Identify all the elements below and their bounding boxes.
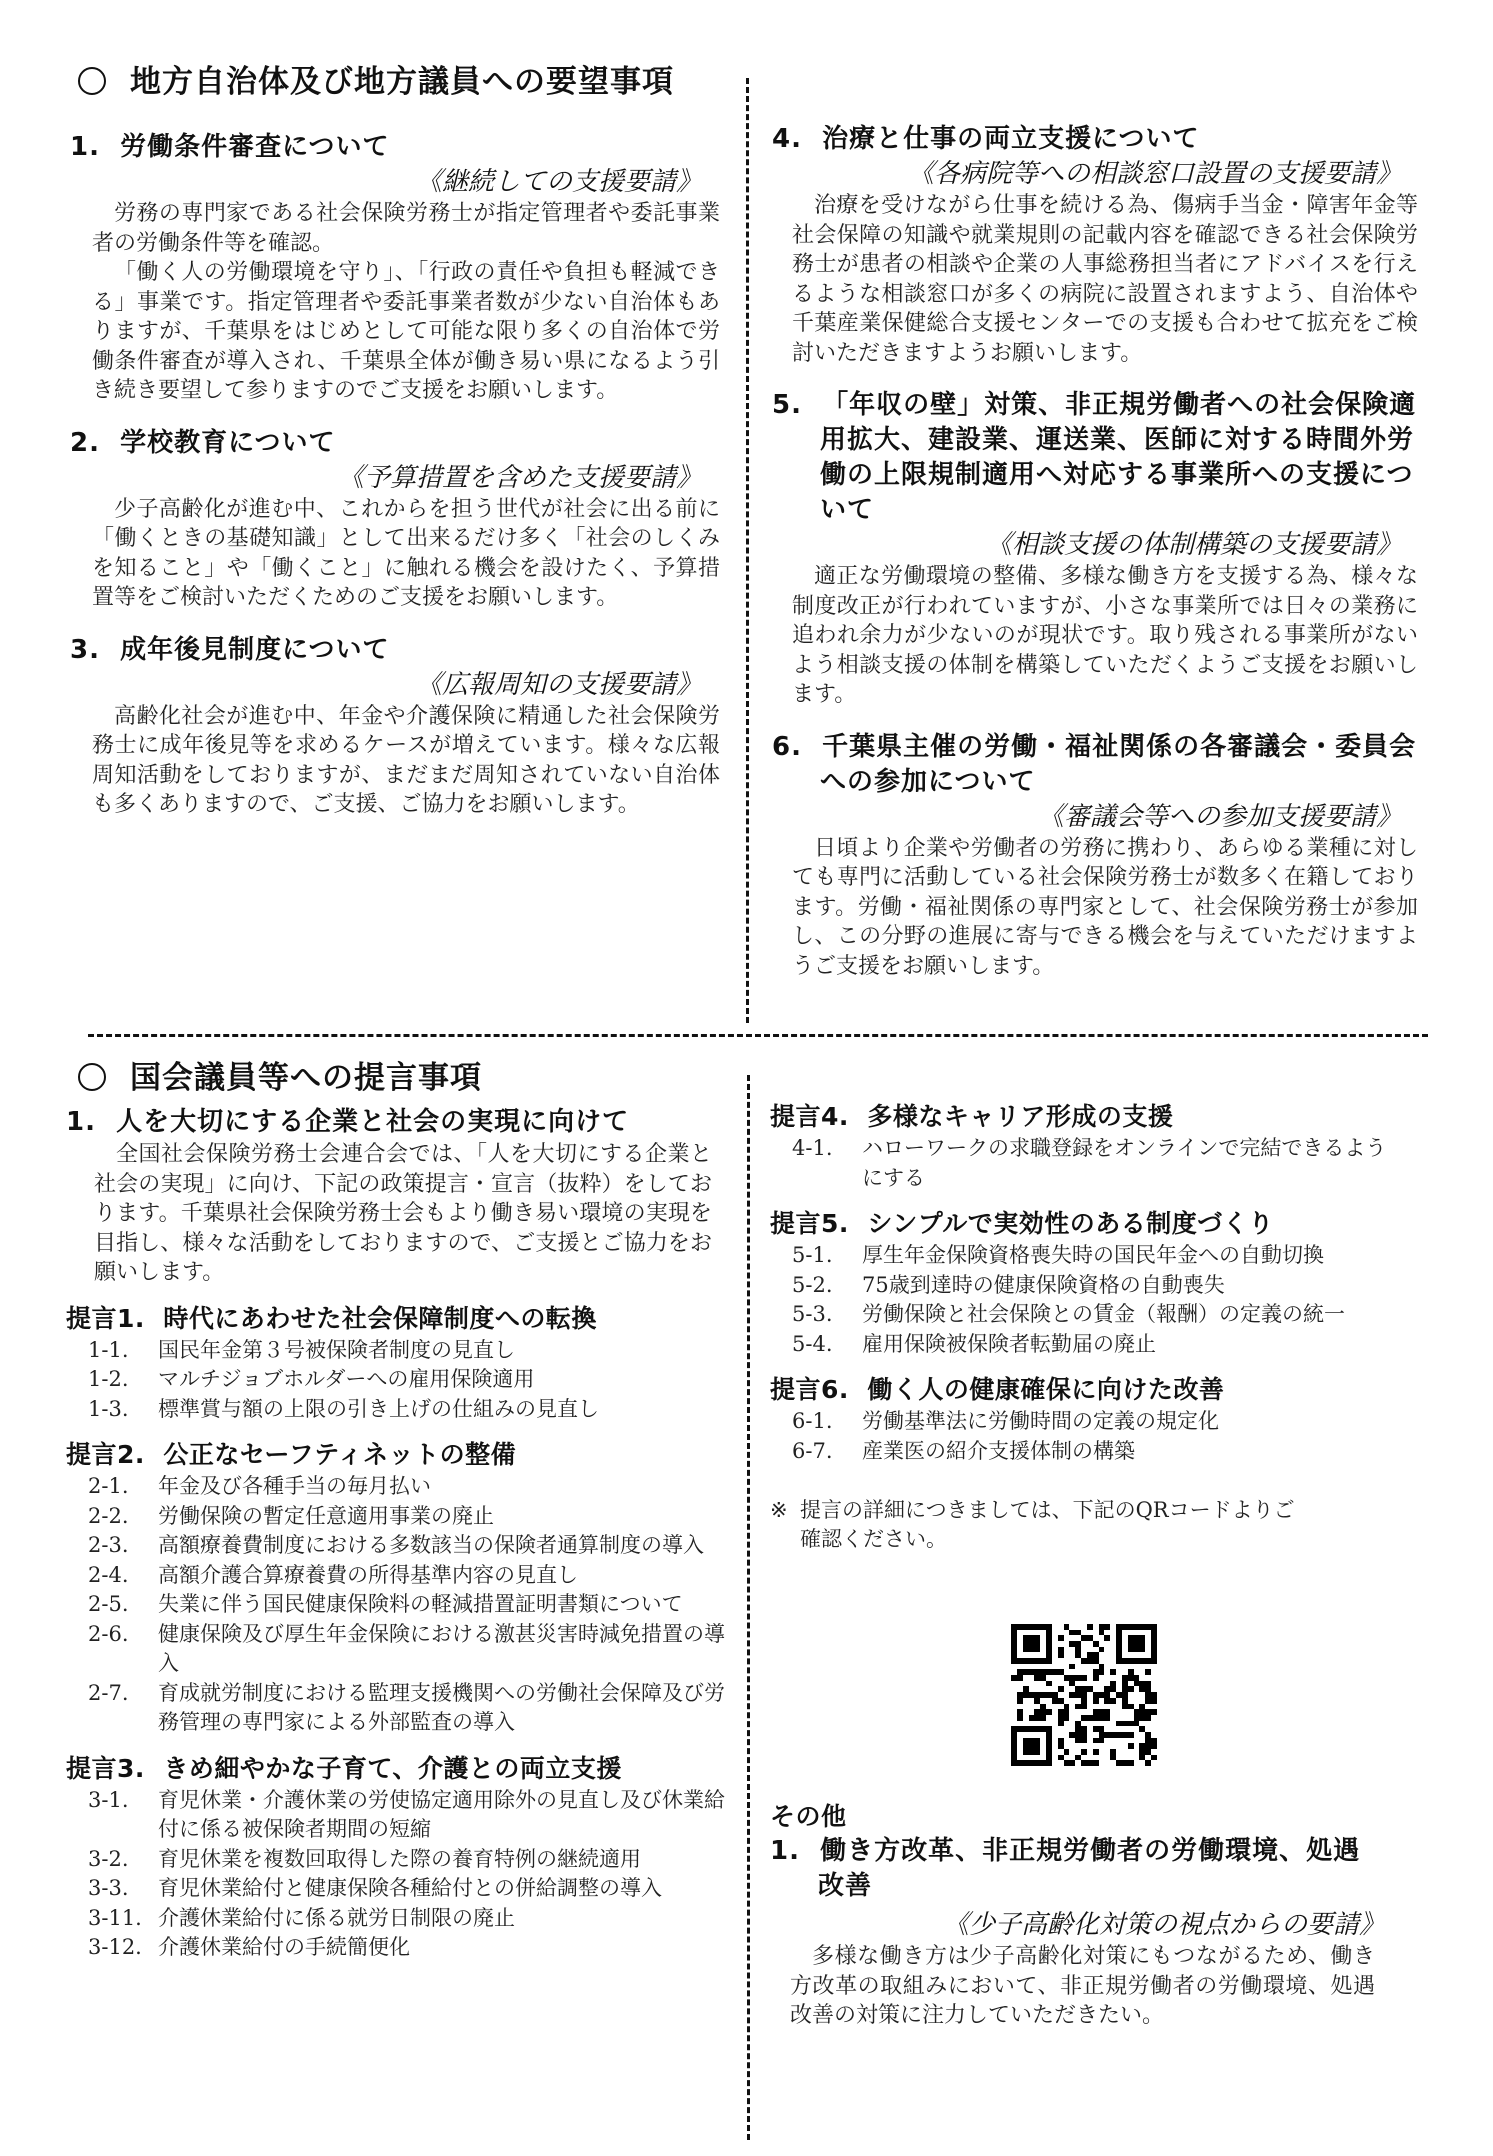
section-body: 高齢化社会が進む中、年金や介護保険に精通した社会保険労務士に成年後見等を求めるケ… — [92, 702, 720, 820]
section-subheading: 《審議会等への参加支援要請》 — [772, 800, 1432, 834]
proposal-label: 提言3. — [66, 1754, 145, 1783]
proposal-item: 2-6.健康保険及び厚生年金保険における激甚災害時減免措置の導入 — [88, 1620, 726, 1679]
section-heading: 人を大切にする企業と社会の実現に向けて — [116, 1107, 629, 1137]
intro-body: 全国社会保険労務士会連合会では、「人を大切にする企業と社会の実現」に向け、下記の… — [94, 1140, 712, 1288]
section-body: 適正な労働環境の整備、多様な働き方を支援する為、様々な制度改正が行われていますが… — [792, 562, 1418, 710]
proposal-heading: 働く人の健康確保に向けた改善 — [867, 1375, 1224, 1404]
request-section-6: 6. 千葉県主催の労働・福祉関係の各審議会・委員会への参加について 《審議会等へ… — [772, 730, 1432, 982]
proposal-item: 2-5.失業に伴う国民健康保険料の軽減措置証明書類について — [88, 1590, 726, 1620]
bottom-left-column: 1. 人を大切にする企業と社会の実現に向けて 全国社会保険労務士会連合会では、「… — [66, 1105, 726, 1963]
section-body: 日頃より企業や労働者の労務に携わり、あらゆる業種に対しても専門に活動している社会… — [792, 834, 1418, 982]
proposal-2: 提言2. 公正なセーフティネットの整備 2-1.年金及び各種手当の毎月払い 2-… — [66, 1438, 726, 1738]
circle-bullet-icon — [78, 67, 106, 95]
other-section: その他 1. 働き方改革、非正規労働者の労働環境、処遇改善 《少子高齢化対策の視… — [770, 1800, 1430, 2031]
section-number: 3. — [70, 635, 100, 665]
proposal-item: 3-11.介護休業給付に係る就労日制限の廃止 — [88, 1904, 726, 1934]
proposal-item: 5-2.75歳到達時の健康保険資格の自動喪失 — [792, 1271, 1390, 1301]
section-heading: 労働条件審査について — [120, 132, 389, 162]
proposal-1: 提言1. 時代にあわせた社会保障制度への転換 1-1.国民年金第３号被保険者制度… — [66, 1302, 726, 1425]
proposal-heading: 公正なセーフティネットの整備 — [163, 1440, 516, 1469]
section-heading: 働き方改革、非正規労働者の労働環境、処遇改善 — [818, 1836, 1360, 1901]
top-left-column: 1. 労働条件審査について 《継続しての支援要請》 労務の専門家である社会保険労… — [70, 130, 720, 820]
proposal-4: 提言4. 多様なキャリア形成の支援 4-1.ハローワークの求職登録をオンラインで… — [770, 1100, 1430, 1193]
section-body: 治療を受けながら仕事を続ける為、傷病手当金・障害年金等社会保障の知識や就業規則の… — [792, 191, 1418, 368]
proposal-label: 提言6. — [770, 1375, 849, 1404]
section-number: 1. — [70, 132, 100, 162]
circle-bullet-icon — [78, 1063, 106, 1091]
proposal-item: 2-3.高額療養費制度における多数該当の保険者通算制度の導入 — [88, 1531, 726, 1561]
proposal-item: 5-4.雇用保険被保険者転勤届の廃止 — [792, 1330, 1390, 1360]
section-number: 2. — [70, 428, 100, 458]
proposal-item: 3-3.育児休業給付と健康保険各種給付との併給調整の導入 — [88, 1874, 726, 1904]
proposal-label: 提言4. — [770, 1102, 849, 1131]
section-number: 5. — [772, 390, 802, 420]
request-section-2: 2. 学校教育について 《予算措置を含めた支援要請》 少子高齢化が進む中、これか… — [70, 426, 720, 613]
proposal-item: 4-1.ハローワークの求職登録をオンラインで完結できるようにする — [792, 1134, 1390, 1193]
section-number: 6. — [772, 732, 802, 762]
horizontal-divider — [88, 1034, 1428, 1037]
proposal-item: 1-1.国民年金第３号被保険者制度の見直し — [88, 1336, 726, 1366]
section-body: 労務の専門家である社会保険労務士が指定管理者や委託事業者の労働条件等を確認。 — [92, 199, 720, 258]
qr-note: ※ 提言の詳細につきましては、下記のQRコードよりご確認ください。 — [770, 1496, 1430, 1554]
request-section-1: 1. 労働条件審査について 《継続しての支援要請》 労務の専門家である社会保険労… — [70, 130, 720, 406]
proposal-item: 2-1.年金及び各種手当の毎月払い — [88, 1472, 726, 1502]
bottom-right-column: 提言4. 多様なキャリア形成の支援 4-1.ハローワークの求職登録をオンラインで… — [770, 1100, 1430, 1554]
proposal-item: 2-7.育成就労制度における監理支援機関への労働社会保障及び労務管理の専門家によ… — [88, 1679, 726, 1738]
section-subheading: 《各病院等への相談窓口設置の支援要請》 — [772, 157, 1432, 191]
proposal-item: 1-3.標準賞与額の上限の引き上げの仕組みの見直し — [88, 1395, 726, 1425]
proposal-label: 提言1. — [66, 1304, 145, 1333]
proposal-heading: シンプルで実効性のある制度づくり — [867, 1209, 1273, 1238]
proposal-heading: きめ細やかな子育て、介護との両立支援 — [163, 1754, 622, 1783]
proposal-item: 5-3.労働保険と社会保険との賃金（報酬）の定義の統一 — [792, 1300, 1390, 1330]
proposal-3: 提言3. きめ細やかな子育て、介護との両立支援 3-1.育児休業・介護休業の労使… — [66, 1752, 726, 1963]
proposal-item: 3-2.育児休業を複数回取得した際の養育特例の継続適用 — [88, 1845, 726, 1875]
section-subheading: 《相談支援の体制構築の支援要請》 — [772, 528, 1432, 562]
top-right-column: 4. 治療と仕事の両立支援について 《各病院等への相談窓口設置の支援要請》 治療… — [772, 122, 1432, 981]
proposal-item: 1-2.マルチジョブホルダーへの雇用保険適用 — [88, 1365, 726, 1395]
proposal-label: 提言2. — [66, 1440, 145, 1469]
section-subheading: 《予算措置を含めた支援要請》 — [70, 461, 720, 495]
proposal-heading: 多様なキャリア形成の支援 — [867, 1102, 1173, 1131]
proposal-item: 2-2.労働保険の暫定任意適用事業の廃止 — [88, 1502, 726, 1532]
request-section-4: 4. 治療と仕事の両立支援について 《各病院等への相談窓口設置の支援要請》 治療… — [772, 122, 1432, 368]
proposal-5: 提言5. シンプルで実効性のある制度づくり 5-1.厚生年金保険資格喪失時の国民… — [770, 1207, 1430, 1359]
proposal-label: 提言5. — [770, 1209, 849, 1238]
section-subheading: 《少子高齢化対策の視点からの要請》 — [770, 1908, 1430, 1942]
proposal-item: 5-1.厚生年金保険資格喪失時の国民年金への自動切換 — [792, 1241, 1390, 1271]
proposal-item: 3-1.育児休業・介護休業の労使協定適用除外の見直し及び休業給付に係る被保険者期… — [88, 1786, 726, 1845]
proposal-6: 提言6. 働く人の健康確保に向けた改善 6-1.労働基準法に労働時間の定義の規定… — [770, 1373, 1430, 1466]
section-heading: 学校教育について — [120, 428, 335, 458]
bottom-section-title-text: 国会議員等への提言事項 — [130, 1060, 482, 1096]
top-section-title-text: 地方自治体及び地方議員への要望事項 — [130, 64, 674, 100]
section-heading: 成年後見制度について — [120, 635, 389, 665]
request-section-5: 5. 「年収の壁」対策、非正規労働者への社会保険適用拡大、建設業、運送業、医師に… — [772, 388, 1432, 710]
proposal-item: 6-1.労働基準法に労働時間の定義の規定化 — [792, 1407, 1390, 1437]
qr-code-icon[interactable] — [1011, 1624, 1157, 1766]
top-section-title: 地方自治体及び地方議員への要望事項 — [78, 62, 674, 102]
section-body: 多様な働き方は少子高齢化対策にもつながるため、働き方改革の取組みにおいて、非正規… — [790, 1942, 1375, 2031]
section-subheading: 《広報周知の支援要請》 — [70, 668, 720, 702]
vertical-divider-top — [746, 78, 749, 1023]
other-title: その他 — [770, 1800, 1430, 1834]
section-subheading: 《継続しての支援要請》 — [70, 165, 720, 199]
vertical-divider-bottom — [747, 1075, 750, 2140]
section-heading: 「年収の壁」対策、非正規労働者への社会保険適用拡大、建設業、運送業、医師に対する… — [820, 390, 1416, 525]
proposal-heading: 時代にあわせた社会保障制度への転換 — [163, 1304, 597, 1333]
section-heading: 千葉県主催の労働・福祉関係の各審議会・委員会への参加について — [820, 732, 1416, 797]
section-body: 少子高齢化が進む中、これからを担う世代が社会に出る前に「働くときの基礎知識」とし… — [92, 495, 720, 613]
proposal-item: 2-4.高額介護合算療養費の所得基準内容の見直し — [88, 1561, 726, 1591]
bottom-section-title: 国会議員等への提言事項 — [78, 1058, 482, 1098]
section-number: 1. — [66, 1107, 96, 1137]
proposal-item: 6-7.産業医の紹介支援体制の構築 — [792, 1437, 1390, 1467]
section-number: 1. — [770, 1836, 800, 1866]
intro-section: 1. 人を大切にする企業と社会の実現に向けて 全国社会保険労務士会連合会では、「… — [66, 1105, 726, 1288]
section-number: 4. — [772, 124, 802, 154]
request-section-3: 3. 成年後見制度について 《広報周知の支援要請》 高齢化社会が進む中、年金や介… — [70, 633, 720, 820]
section-heading: 治療と仕事の両立支援について — [822, 124, 1199, 154]
note-text: 提言の詳細につきましては、下記のQRコードよりご確認ください。 — [800, 1496, 1310, 1554]
section-body: 「働く人の労働環境を守り」、「行政の責任や負担も軽減できる」事業です。指定管理者… — [92, 258, 720, 406]
proposal-item: 3-12.介護休業給付の手続簡便化 — [88, 1933, 726, 1963]
note-mark: ※ — [770, 1496, 800, 1554]
